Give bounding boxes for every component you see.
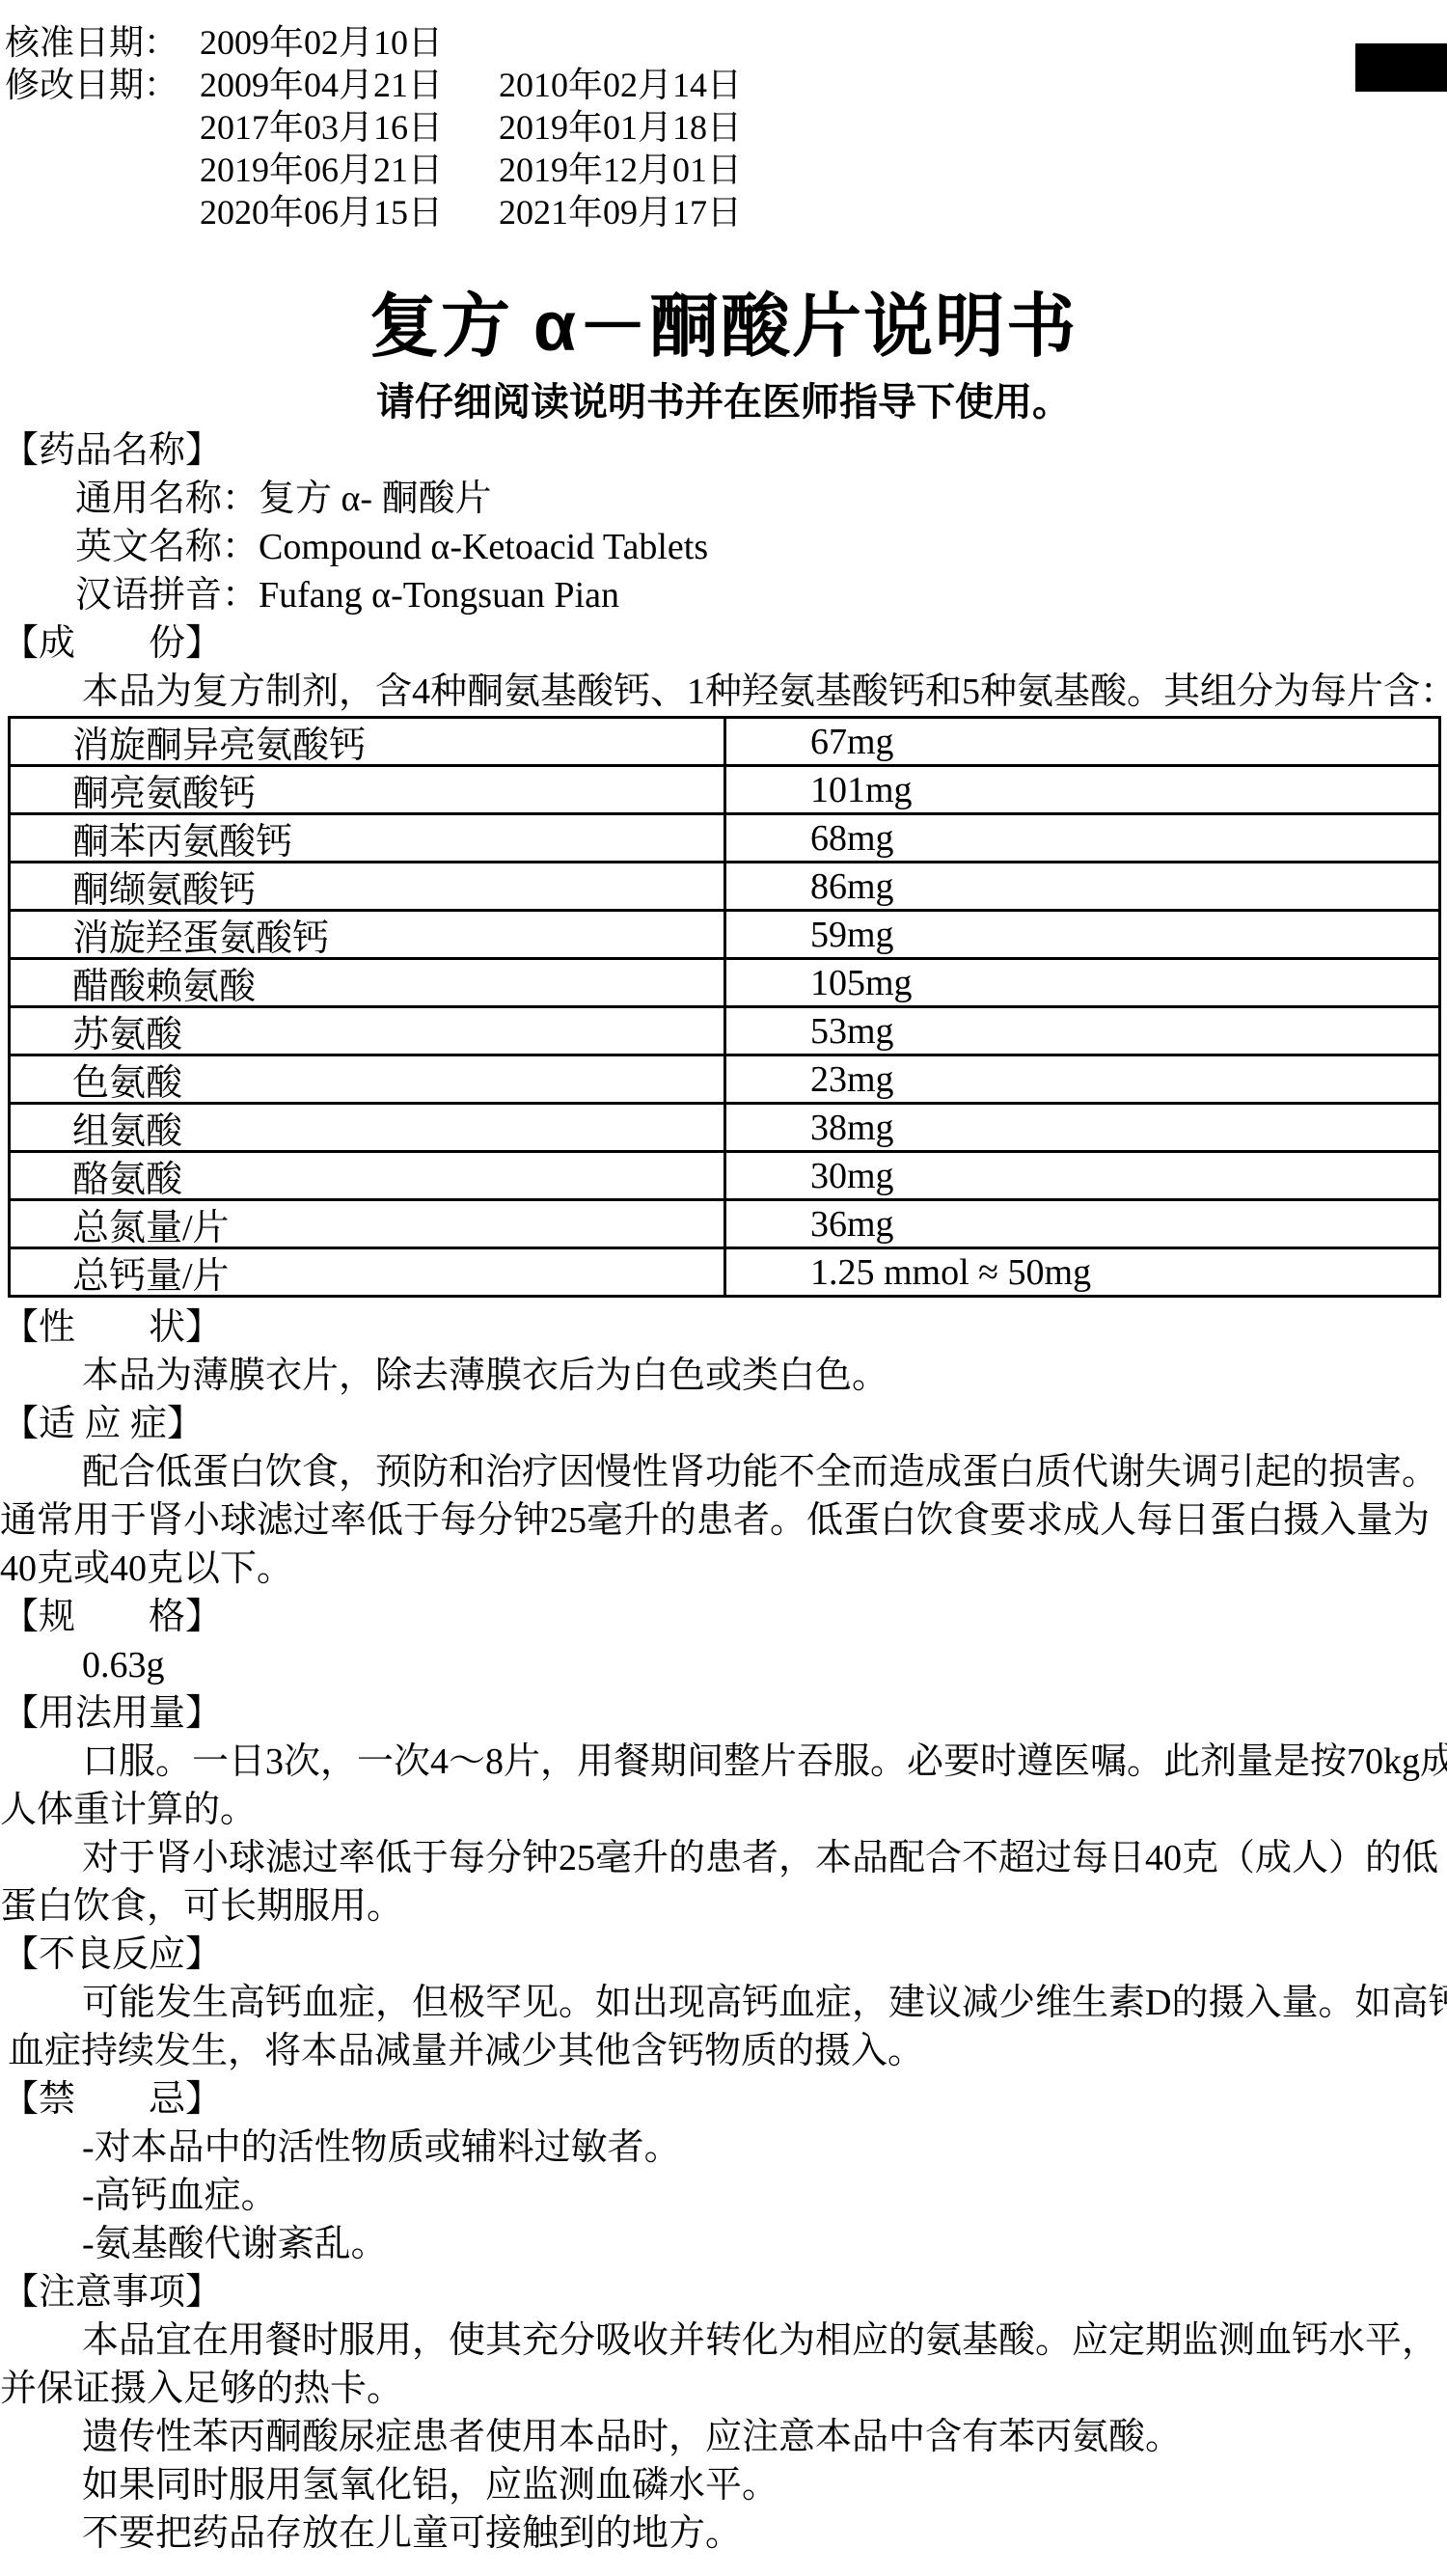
revision-date: 2009年04月21日 xyxy=(200,64,499,106)
revision-date-row: 2017年03月16日 2019年01月18日 xyxy=(0,106,1447,149)
revision-date-row: 2020年06月15日 2021年09月17日 xyxy=(0,191,1447,233)
dosage-line-4: 蛋白饮食，可长期服用。 xyxy=(0,1882,1447,1931)
composition-amount-cell: 105mg xyxy=(726,960,1438,1005)
section-composition-header: 【成 份】 xyxy=(0,619,1447,668)
composition-row: 消旋羟蛋氨酸钙 59mg xyxy=(11,912,1438,960)
composition-amount-cell: 30mg xyxy=(726,1153,1438,1198)
precautions-line-3: 遗传性苯丙酮酸尿症患者使用本品时，应注意本品中含有苯丙氨酸。 xyxy=(0,2413,1447,2461)
composition-row: 组氨酸 38mg xyxy=(11,1105,1438,1153)
composition-intro: 本品为复方制剂，含4种酮氨基酸钙、1种羟氨基酸钙和5种氨基酸。其组分为每片含： xyxy=(0,668,1447,716)
contraindication-item-1: -对本品中的活性物质或辅料过敏者。 xyxy=(0,2124,1447,2172)
composition-row: 醋酸赖氨酸 105mg xyxy=(11,960,1438,1008)
precautions-line-4: 如果同时服用氢氧化铝，应监测血磷水平。 xyxy=(0,2461,1447,2509)
composition-amount-cell: 67mg xyxy=(726,719,1438,764)
approval-date: 2009年02月10日 xyxy=(200,21,499,64)
revision-date: 2019年01月18日 xyxy=(499,106,1447,149)
doc-title: 复方 α－酮酸片说明书 xyxy=(0,287,1447,369)
revision-label: 修改日期： xyxy=(0,64,200,106)
composition-amount-cell: 86mg xyxy=(726,863,1438,909)
revision-date-row: 2019年06月21日 2019年12月01日 xyxy=(0,149,1447,191)
composition-name-cell: 酪氨酸 xyxy=(11,1153,726,1198)
dosage-line-3: 对于肾小球滤过率低于每分钟25毫升的患者，本品配合不超过每日40克（成人）的低 xyxy=(0,1834,1447,1882)
adverse-line-1: 可能发生高钙血症，但极罕见。如出现高钙血症，建议减少维生素D的摄入量。如高钙 xyxy=(0,1979,1447,2027)
indications-line-1: 配合低蛋白饮食，预防和治疗因慢性肾功能不全而造成蛋白质代谢失调引起的损害。 xyxy=(0,1448,1447,1496)
composition-row: 消旋酮异亮氨酸钙 67mg xyxy=(11,719,1438,767)
composition-row: 酮缬氨酸钙 86mg xyxy=(11,863,1438,912)
contraindication-item-2: -高钙血症。 xyxy=(0,2172,1447,2220)
header-dates: 核准日期： 2009年02月10日 修改日期： 2009年04月21日 2010… xyxy=(0,0,1447,233)
pinyin-line: 汉语拼音：Fufang α-Tongsuan Pian xyxy=(0,571,1447,619)
properties-text: 本品为薄膜衣片，除去薄膜衣后为白色或类白色。 xyxy=(0,1352,1447,1400)
composition-amount-cell: 23mg xyxy=(726,1056,1438,1102)
section-adverse-reactions-header: 【不良反应】 xyxy=(0,1931,1447,1979)
composition-row: 总钙量/片 1.25 mmol ≈ 50mg xyxy=(11,1249,1438,1295)
composition-name-cell: 酮亮氨酸钙 xyxy=(11,767,726,812)
section-drug-name-header: 【药品名称】 xyxy=(0,426,1447,475)
composition-amount-cell: 53mg xyxy=(726,1008,1438,1054)
adverse-line-2: 血症持续发生，将本品减量并减少其他含钙物质的摄入。 xyxy=(0,2027,1447,2075)
revision-date: 2010年02月14日 xyxy=(499,64,1447,106)
precautions-line-2: 并保证摄入足够的热卡。 xyxy=(0,2365,1447,2413)
revision-date: 2019年12月01日 xyxy=(499,149,1447,191)
composition-row: 苏氨酸 53mg xyxy=(11,1008,1438,1056)
composition-amount-cell: 101mg xyxy=(726,767,1438,812)
composition-row: 色氨酸 23mg xyxy=(11,1056,1438,1105)
composition-name-cell: 酮苯丙氨酸钙 xyxy=(11,815,726,861)
revision-date: 2020年06月15日 xyxy=(200,191,499,233)
composition-name-cell: 总钙量/片 xyxy=(11,1249,726,1295)
leaflet-page: 核准日期： 2009年02月10日 修改日期： 2009年04月21日 2010… xyxy=(0,0,1447,2576)
section-properties-header: 【性 状】 xyxy=(0,1303,1447,1352)
composition-name-cell: 苏氨酸 xyxy=(11,1008,726,1054)
section-precautions-header: 【注意事项】 xyxy=(0,2268,1447,2316)
precautions-line-1: 本品宜在用餐时服用，使其充分吸收并转化为相应的氨基酸。应定期监测血钙水平， xyxy=(0,2316,1447,2365)
composition-name-cell: 组氨酸 xyxy=(11,1105,726,1150)
composition-amount-cell: 1.25 mmol ≈ 50mg xyxy=(726,1249,1438,1295)
indications-line-2: 通常用于肾小球滤过率低于每分钟25毫升的患者。低蛋白饮食要求成人每日蛋白摄入量为 xyxy=(0,1496,1447,1545)
composition-name-cell: 酮缬氨酸钙 xyxy=(11,863,726,909)
section-dosage-header: 【用法用量】 xyxy=(0,1689,1447,1738)
corner-mark xyxy=(1355,43,1447,92)
dosage-line-1: 口服。一日3次，一次4～8片，用餐期间整片吞服。必要时遵医嘱。此剂量是按70kg… xyxy=(0,1738,1447,1786)
dosage-line-2: 人体重计算的。 xyxy=(0,1786,1447,1834)
doc-subtitle: 请仔细阅读说明书并在医师指导下使用。 xyxy=(0,378,1447,426)
specification-value: 0.63g xyxy=(0,1641,1447,1689)
composition-amount-cell: 68mg xyxy=(726,815,1438,861)
composition-name-cell: 醋酸赖氨酸 xyxy=(11,960,726,1005)
section-specification-header: 【规 格】 xyxy=(0,1593,1447,1641)
composition-amount-cell: 59mg xyxy=(726,912,1438,957)
composition-amount-cell: 36mg xyxy=(726,1201,1438,1247)
composition-name-cell: 消旋羟蛋氨酸钙 xyxy=(11,912,726,957)
generic-name-line: 通用名称：复方 α- 酮酸片 xyxy=(0,475,1447,523)
composition-row: 酮苯丙氨酸钙 68mg xyxy=(11,815,1438,863)
approval-label: 核准日期： xyxy=(0,21,200,64)
section-indications-header: 【适 应 症】 xyxy=(0,1400,1447,1448)
section-contraindications-header: 【禁 忌】 xyxy=(0,2075,1447,2124)
revision-date-row: 修改日期： 2009年04月21日 2010年02月14日 xyxy=(0,64,1447,106)
revision-date: 2017年03月16日 xyxy=(200,106,499,149)
composition-name-cell: 消旋酮异亮氨酸钙 xyxy=(11,719,726,764)
english-name-line: 英文名称：Compound α-Ketoacid Tablets xyxy=(0,523,1447,571)
approval-date-row: 核准日期： 2009年02月10日 xyxy=(0,21,1447,64)
revision-date: 2019年06月21日 xyxy=(200,149,499,191)
composition-amount-cell: 38mg xyxy=(726,1105,1438,1150)
composition-table: 消旋酮异亮氨酸钙 67mg 酮亮氨酸钙 101mg 酮苯丙氨酸钙 68mg 酮缬… xyxy=(8,716,1441,1298)
composition-row: 酪氨酸 30mg xyxy=(11,1153,1438,1201)
composition-name-cell: 总氮量/片 xyxy=(11,1201,726,1247)
revision-date: 2021年09月17日 xyxy=(499,191,1447,233)
indications-line-3: 40克或40克以下。 xyxy=(0,1545,1447,1593)
composition-row: 总氮量/片 36mg xyxy=(11,1201,1438,1249)
precautions-line-5: 不要把药品存放在儿童可接触到的地方。 xyxy=(0,2509,1447,2558)
composition-name-cell: 色氨酸 xyxy=(11,1056,726,1102)
contraindication-item-3: -氨基酸代谢紊乱。 xyxy=(0,2220,1447,2268)
composition-row: 酮亮氨酸钙 101mg xyxy=(11,767,1438,815)
